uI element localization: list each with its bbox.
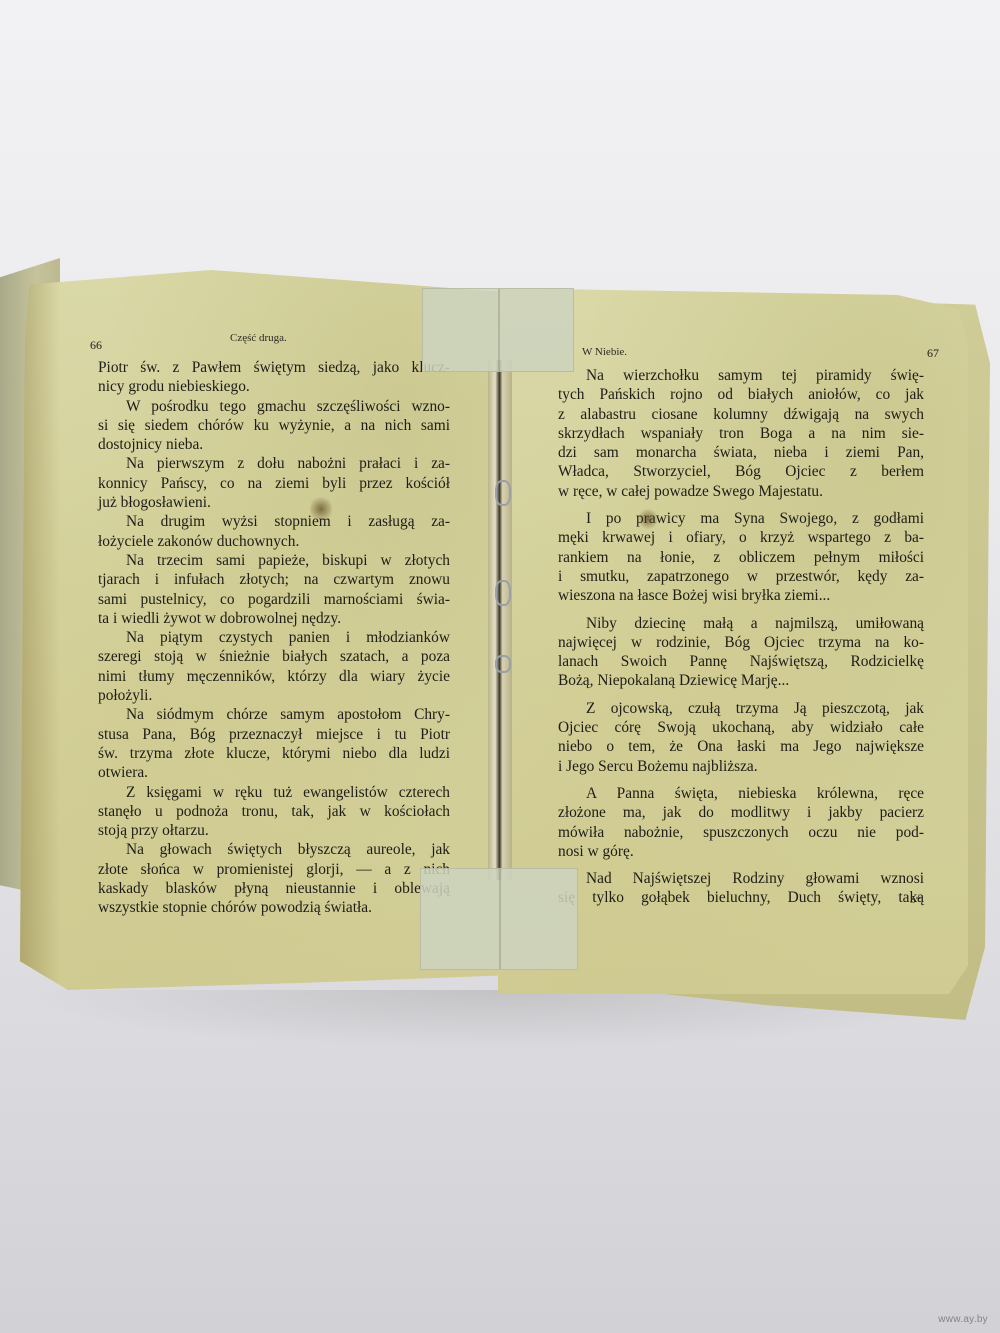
text-line: Władca, Stworzyciel, Bóg Ojciec z berłem (558, 462, 924, 481)
paragraph: Nad Najświętszej Rodziny głowami wznosis… (558, 869, 924, 908)
text-line: W pośrodku tego gmachu szczęśliwości wzn… (98, 397, 450, 416)
text-line: Bożą, Niepokalaną Dziewicę Marję... (558, 671, 924, 690)
text-line: wieszona na łasce Bożej wisi bryłka ziem… (558, 586, 924, 605)
text-line: szeregi stoją w śnieżnie białych szatach… (98, 647, 450, 666)
text-line: męki krwawej i ofiary, o krzyż wspartego… (558, 528, 924, 547)
text-line: stanęło u podnoża tronu, tak, jak w kośc… (98, 802, 450, 821)
text-line: stoją przy ołtarzu. (98, 821, 450, 840)
text-line: wszystkie stopnie chórów powodzią światł… (98, 898, 450, 917)
text-line: już błogosławieni. (98, 493, 450, 512)
text-line: stusa Pana, Bóg przeznaczył miejsce i tu… (98, 725, 450, 744)
text-line: i Jego Sercu Bożemu najbliższa. (558, 757, 924, 776)
text-line: I po prawicy ma Syna Swojego, z godłami (558, 509, 924, 528)
text-line: i smutku, zapatrzonego w przestwór, kędy… (558, 567, 924, 586)
text-line: skrzydłach wspaniały tron Boga a na nim … (558, 424, 924, 443)
signature-mark: 5* (910, 894, 921, 906)
text-line: Na siódmym chórze samym apostołom Chry- (98, 705, 450, 724)
text-line: ta i wiedli żywot w dobrowolnej nędzy. (98, 609, 450, 628)
torn-spine (488, 360, 512, 880)
text-line: łożyciele zakonów duchownych. (98, 532, 450, 551)
text-line: się tylko gołąbek bieluchny, Duch święty… (558, 888, 924, 907)
running-head: W Niebie. (582, 346, 627, 358)
text-line: św. trzyma złote klucze, którymi niebo d… (98, 744, 450, 763)
text-line: nimi tłumy męczenników, którzy dla wiary… (98, 667, 450, 686)
text-line: w ręce, w całej powadze Swego Majestatu. (558, 482, 924, 501)
text-line: dostojnicy nieba. (98, 435, 450, 454)
photo-scene: 66 Część druga. Piotr św. z Pawłem święt… (0, 0, 1000, 1333)
text-line: kaskady blasków płyną nieustannie i oble… (98, 879, 450, 898)
binding-thread (495, 655, 511, 673)
text-line: Na pierwszym z dołu nabożni prałaci i za… (98, 454, 450, 473)
text-line: nosi w górę. (558, 842, 924, 861)
repair-tape-bottom (420, 868, 578, 970)
text-line: złote słońca w promienistej glorji, — a … (98, 860, 450, 879)
page-number: 67 (927, 346, 939, 361)
text-line: Niby dziecinę małą a najmilszą, umiłowan… (558, 614, 924, 633)
text-line: Na wierzchołku samym tej piramidy świę- (558, 366, 924, 385)
text-line: Na trzecim sami papieże, biskupi w złoty… (98, 551, 450, 570)
text-line: Na piątym czystych panien i młodzianków (98, 628, 450, 647)
paragraph: Na wierzchołku samym tej piramidy świę-t… (558, 366, 924, 501)
text-line: Nad Najświętszej Rodziny głowami wznosi (558, 869, 924, 888)
text-line: Z ojcowską, czułą trzyma Ją pieszczotą, … (558, 699, 924, 718)
text-line: Z księgami w ręku tuż ewangelistów czter… (98, 783, 450, 802)
text-line: si się siedem chórów ku wyżynie, a na ni… (98, 416, 450, 435)
text-line: rankiem na łonie, z obliczem pełnym miło… (558, 548, 924, 567)
text-line: Na głowach świętych błyszczą aureole, ja… (98, 840, 450, 859)
binding-thread (495, 580, 511, 606)
paragraph: I po prawicy ma Syna Swojego, z godłamim… (558, 509, 924, 605)
right-page-text: Na wierzchołku samym tej piramidy świę-t… (558, 366, 924, 908)
text-line: z alabastru ciosane kolumny dźwigają na … (558, 405, 924, 424)
text-line: mówiła nabożnie, spuszczonych oczu nie p… (558, 823, 924, 842)
left-page-text: Piotr św. z Pawłem świętym siedzą, jako … (98, 358, 450, 918)
text-line: dzi sam monarcha świata, nieba i ziemi P… (558, 443, 924, 462)
text-line: złożone ma, jak do modlitwy i jakby paci… (558, 803, 924, 822)
binding-thread (495, 480, 511, 506)
text-line: najwięcej w rodzinie, Bóg Ojciec trzyma … (558, 633, 924, 652)
text-line: położyli. (98, 686, 450, 705)
text-line: A Panna święta, niebieska królewna, ręce (558, 784, 924, 803)
paragraph: Z ojcowską, czułą trzyma Ją pieszczotą, … (558, 699, 924, 776)
stain (310, 495, 332, 523)
text-line: Ojciec córę Swoją ukochaną, aby widziało… (558, 718, 924, 737)
text-line: Na drugim wyżsi stopniem i zasługą za- (98, 512, 450, 531)
page-number: 66 (90, 338, 102, 353)
text-line: lanach Swoich Pannę Najświętszą, Rodzici… (558, 652, 924, 671)
text-line: tych Pańskich rojno od białych aniołów, … (558, 385, 924, 404)
text-line: konnicy Pańscy, co na ziemi byli przez k… (98, 474, 450, 493)
repair-tape-top (422, 288, 574, 372)
watermark: www.ay.by (938, 1314, 988, 1325)
text-line: niebo o tem, że Ona łaski ma Jego najwię… (558, 737, 924, 756)
running-head: Część druga. (230, 332, 287, 344)
text-line: nicy grodu niebieskiego. (98, 377, 450, 396)
text-line: otwiera. (98, 763, 450, 782)
text-line: sami pustelnicy, co pogardzili marnościa… (98, 590, 450, 609)
text-line: tjarach i infułach złotych; na czwartym … (98, 570, 450, 589)
paragraph: A Panna święta, niebieska królewna, ręce… (558, 784, 924, 861)
text-line: Piotr św. z Pawłem świętym siedzą, jako … (98, 358, 450, 377)
paragraph: Niby dziecinę małą a najmilszą, umiłowan… (558, 614, 924, 691)
stain (638, 508, 658, 530)
